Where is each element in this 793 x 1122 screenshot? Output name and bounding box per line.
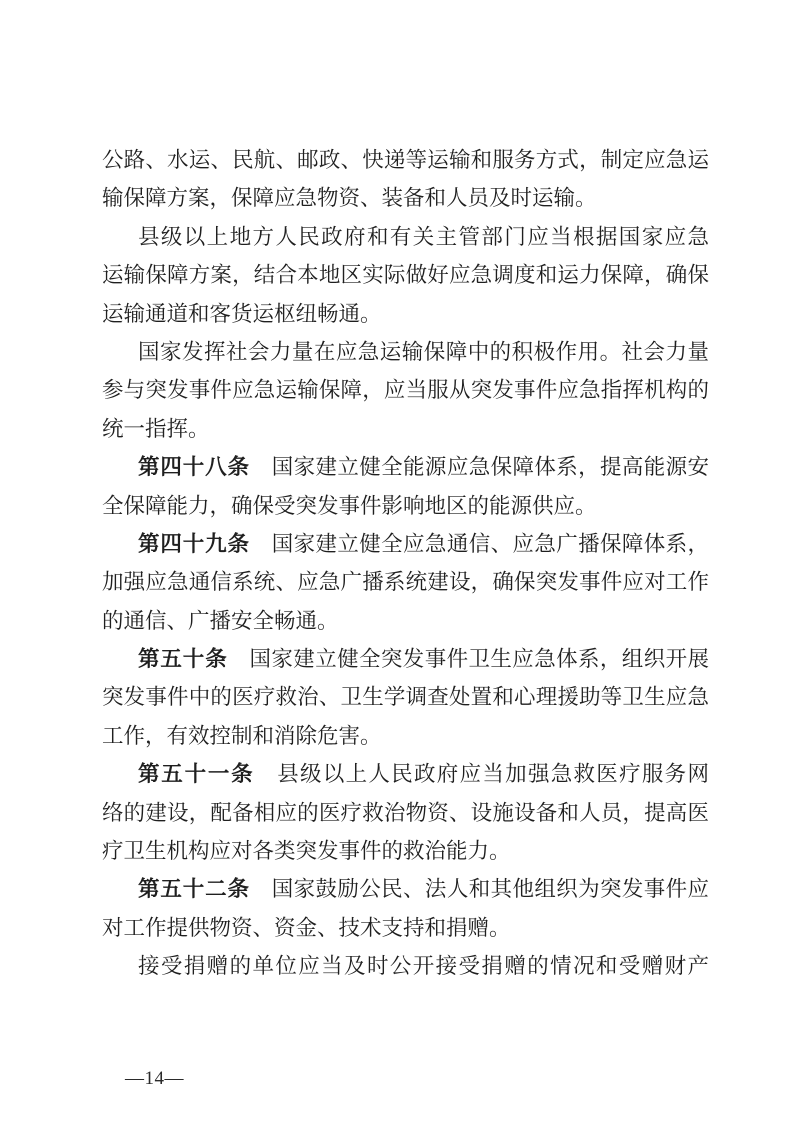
text-line: 加强应急通信系统、应急广播系统建设，确保突发事件应对工作 xyxy=(102,563,709,601)
text-line: 第四十八条 国家建立健全能源应急保障体系，提高能源安 xyxy=(102,448,709,486)
text-line: 第五十条 国家建立健全突发事件卫生应急体系，组织开展 xyxy=(102,640,709,678)
text-line: 第五十一条 县级以上人民政府应当加强急救医疗服务网 xyxy=(102,755,709,793)
text-line: 第四十九条 国家建立健全应急通信、应急广播保障体系， xyxy=(102,525,709,563)
text-line: 国家发挥社会力量在应急运输保障中的积极作用。社会力量 xyxy=(102,333,709,371)
text-line: 县级以上地方人民政府和有关主管部门应当根据国家应急 xyxy=(102,218,709,256)
article-number: 第五十条 xyxy=(138,647,228,671)
text-line: 对工作提供物资、资金、技术支持和捐赠。 xyxy=(102,909,709,947)
text-line: 统一指挥。 xyxy=(102,410,709,448)
text-line: 参与突发事件应急运输保障，应当服从突发事件应急指挥机构的 xyxy=(102,371,709,409)
text-line: 接受捐赠的单位应当及时公开接受捐赠的情况和受赠财产 xyxy=(102,947,709,985)
document-page: 公路、水运、民航、邮政、快递等运输和服务方式，制定应急运输保障方案，保障应急物资… xyxy=(0,0,793,1122)
text-line: 输保障方案，保障应急物资、装备和人员及时运输。 xyxy=(102,179,709,217)
text-line: 运输保障方案，结合本地区实际做好应急调度和运力保障，确保 xyxy=(102,256,709,294)
page-number: —14— xyxy=(125,1066,184,1092)
article-number: 第五十二条 xyxy=(138,877,250,901)
article-number: 第五十一条 xyxy=(138,762,254,786)
text-line: 疗卫生机构应对各类突发事件的救治能力。 xyxy=(102,832,709,870)
text-line: 的通信、广播安全畅通。 xyxy=(102,602,709,640)
text-line: 运输通道和客货运枢纽畅通。 xyxy=(102,295,709,333)
text-line: 突发事件中的医疗救治、卫生学调查处置和心理援助等卫生应急 xyxy=(102,678,709,716)
article-number: 第四十八条 xyxy=(138,455,250,479)
text-line: 络的建设，配备相应的医疗救治物资、设施设备和人员，提高医 xyxy=(102,794,709,832)
text-line: 全保障能力，确保受突发事件影响地区的能源供应。 xyxy=(102,487,709,525)
text-line: 第五十二条 国家鼓励公民、法人和其他组织为突发事件应 xyxy=(102,870,709,908)
text-line: 工作，有效控制和消除危害。 xyxy=(102,717,709,755)
article-number: 第四十九条 xyxy=(138,532,250,556)
text-line: 公路、水运、民航、邮政、快递等运输和服务方式，制定应急运 xyxy=(102,141,709,179)
text-body: 公路、水运、民航、邮政、快递等运输和服务方式，制定应急运输保障方案，保障应急物资… xyxy=(102,141,709,986)
